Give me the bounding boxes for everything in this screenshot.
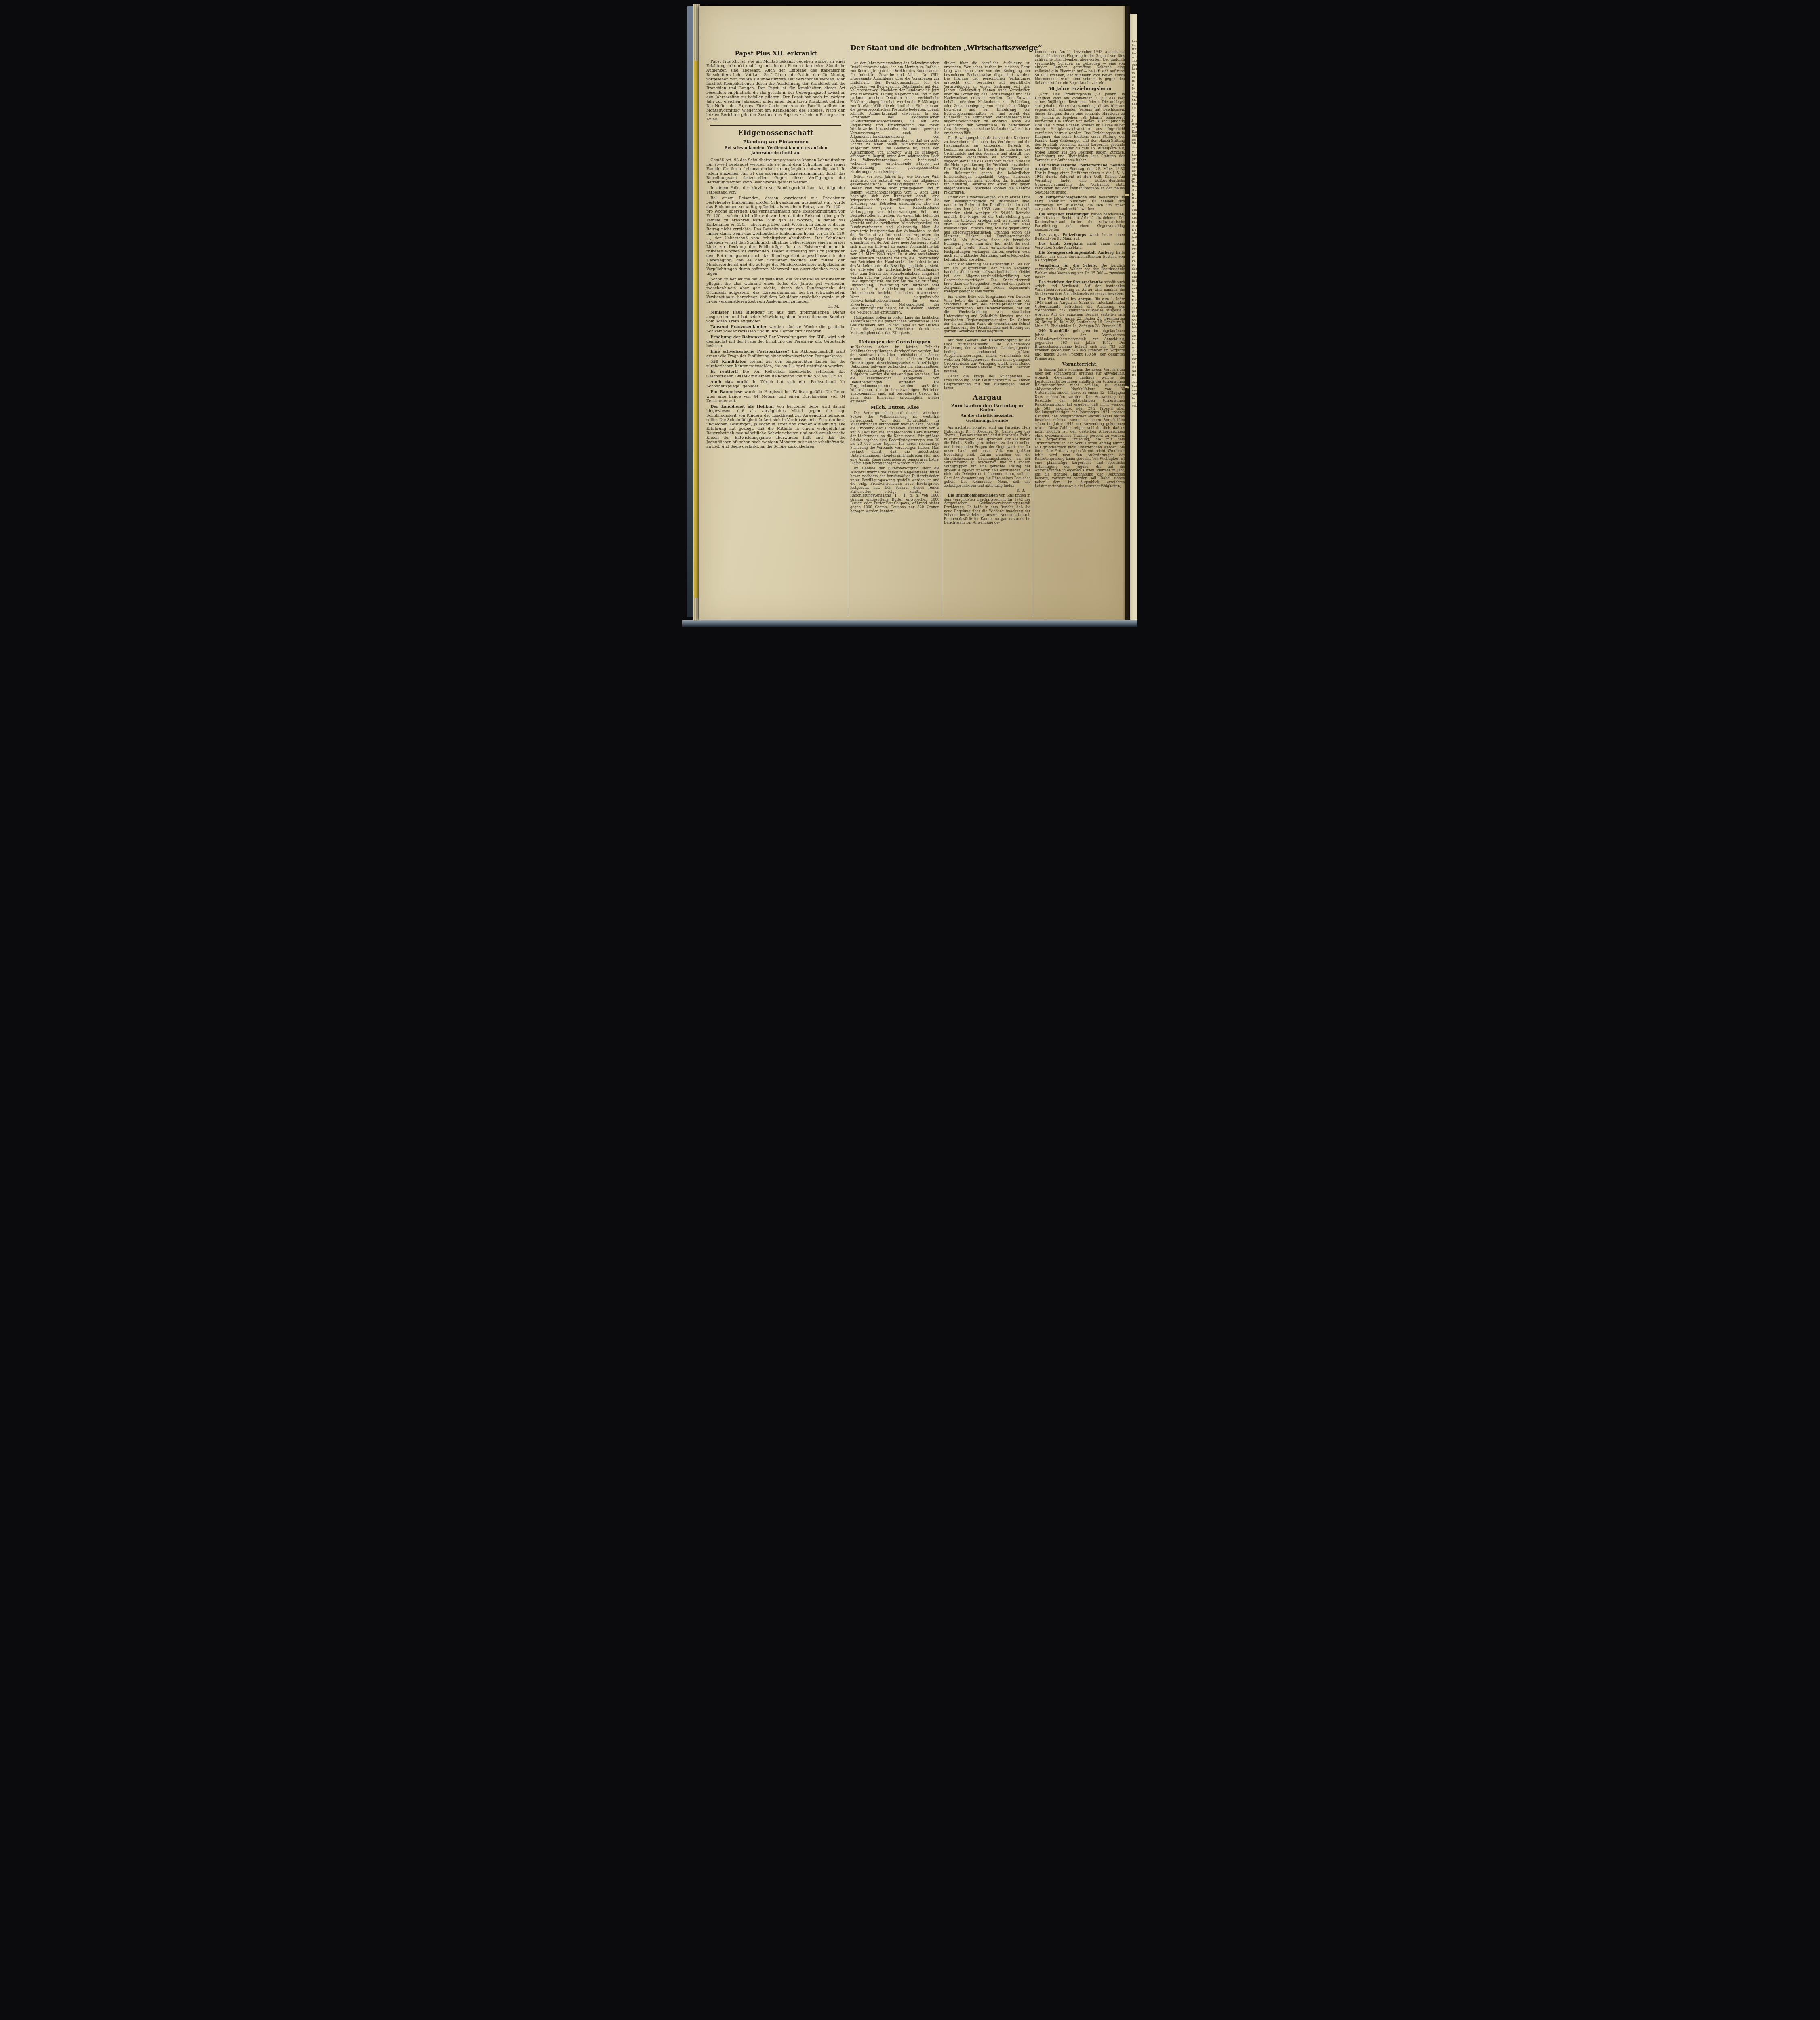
news-item-lead: Der Landdienst als Heilkur. [710, 404, 774, 409]
newspaper-page: Der Staat und die bedrohten „Wirtschafts… [699, 6, 1125, 620]
news-item: Auch das noch! In Zürich hat sich ein „F… [706, 380, 845, 389]
column-rule-3 [1033, 49, 1033, 616]
news-item-lead: Das aarg. Polizeikorps [1038, 233, 1086, 237]
column-1: Papst Pius XII. erkrankt Papst Pius XII.… [706, 50, 845, 616]
news-item: Der Schweizerische Fourierverband, Sekti… [1035, 164, 1125, 195]
news-item-lead: Das Anziehen der Steuerschraube [1038, 280, 1103, 284]
section-divider-rule [710, 125, 841, 126]
news-item: Das Anziehen der Steuerschraube schafft … [1035, 280, 1125, 296]
lead-article-para: diplom über die berufliche Ausbildung zu… [944, 61, 1030, 135]
news-item: Das kant. Zeughaus sucht einen neuen Ver… [1035, 242, 1125, 250]
book-cover-edge [687, 6, 693, 617]
yellowed-page-edge [694, 61, 699, 598]
pfaendung-head: Pfändung von Einkommen [706, 140, 845, 144]
column-rule-1 [848, 50, 848, 616]
news-item: Minister Paul Ruegger ist aus dem diplom… [706, 310, 845, 324]
news-item-lead: Die Aargauer Freisinnigen [1038, 212, 1089, 216]
news-item: 550 Kandidaten stehen auf den eingereich… [706, 360, 845, 368]
news-item-lead: Minister Paul Ruegger [710, 310, 764, 315]
lead-article-para: Nach der Meinung des Referenten soll es … [944, 263, 1030, 294]
news-item-text: gelangten im abgelaufenen Jahre bei der … [1035, 329, 1125, 360]
lead-article-para: Ein erstes Echo des Programms von Direkt… [944, 295, 1030, 334]
news-item-lead: Vergabung für die Schule. [1038, 263, 1097, 267]
news-item: Die Brandbombenschäden von Sins finden i… [944, 494, 1030, 525]
vorunterricht-body: In diesem Jahre kommen die neuen Vorschr… [1035, 368, 1125, 488]
news-item-text: führt am Sonntag, den 28. März, 13.30 Uh… [1035, 167, 1125, 194]
brandbomben-continuation: kommen sei. Am 11. Dezember 1942, abends… [1035, 50, 1125, 85]
grenztruppen-body: ☛Nachdem schon im letzten Frühjahr Mobil… [850, 345, 939, 404]
lead-article-para: Maßgebend sollen in erster Linie die fac… [850, 316, 939, 335]
news-item: Erhöhung der Bahntaxen? Der Verwaltungsr… [706, 335, 845, 348]
papst-article-body: Papst Pius XII. ist, wie am Montag bekan… [706, 59, 845, 122]
grenztruppen-title: Uebungen der Grenztruppen [850, 340, 939, 344]
news-item: Der Landdienst als Heilkur. Von berufene… [706, 404, 845, 449]
scanner-background-band [682, 620, 1137, 627]
page-gutter-shadow [1123, 6, 1130, 620]
pfaendung-para: In einem Falle, der kürzlich vor Bundesg… [706, 186, 845, 195]
news-item-lead: Die Zwangserziehungsanstalt Aarburg [1038, 250, 1114, 255]
news-item-lead: Eine schweizerische Postsparkasse? [710, 349, 789, 354]
news-item: Die Aargauer Freisinnigen haben beschlos… [1035, 213, 1125, 232]
next-page-sliver: her lig ftung förv wöl obli gut heim in … [1130, 14, 1137, 620]
parteitag-body: Am nächsten Sonntag wird am Parteitag He… [944, 426, 1030, 488]
news-item: 28 Bürgerrechtsgesuche sind neuerdings i… [1035, 196, 1125, 211]
column-4: kommen sei. Am 11. Dezember 1942, abends… [1035, 50, 1125, 616]
author-signature: Dr. M. [706, 305, 845, 309]
news-item: Ein Baumriese wurde in Hergiswil bei Wil… [706, 390, 845, 403]
news-item-lead: 28 Bürgerrechtsgesuche [1038, 195, 1087, 199]
news-item-lead: Tausend Franzosenkinder [710, 325, 767, 329]
scanned-newspaper-spread: Der Staat und die bedrohten „Wirtschafts… [682, 0, 1137, 627]
section-title-aargau: Aargau [944, 394, 1030, 402]
bottom-section-rule [850, 338, 939, 338]
news-item-lead: Auch das noch! [710, 380, 748, 384]
lead-article-para: Schon vor zwei Jahren lag, wie Direktor … [850, 175, 939, 314]
page-edge-fragments: her lig ftung förv wöl obli gut heim in … [1130, 14, 1137, 408]
section-title-eidgenossenschaft: Eidgenossenschaft [706, 129, 845, 137]
news-item-lead: Erhöhung der Bahntaxen? [710, 335, 767, 339]
news-item: Vergabung für die Schule. Die kürzlich v… [1035, 264, 1125, 279]
papst-article-title: Papst Pius XII. erkrankt [706, 50, 845, 57]
news-item: Es rentiert! Die Von Roll'schen Eisenwer… [706, 370, 845, 379]
milch-para: Die Versorgungslage auf diesem wichtigen… [850, 411, 939, 465]
news-item: Tausend Franzosenkinder werden nächste W… [706, 325, 845, 334]
bottom-section-rule [944, 336, 1030, 337]
milch-para: Auf dem Gebiete der Käseversorgung ist d… [944, 339, 1030, 373]
news-item: Eine schweizerische Postsparkasse? Ein A… [706, 349, 845, 358]
news-item-lead: Die Brandbombenschäden [948, 493, 998, 497]
news-item-lead: 550 Kandidaten [710, 360, 746, 364]
news-item-lead: Das kant. Zeughaus [1038, 242, 1083, 246]
pfaendung-para: Bei einem Reisenden, dessen vorwiegend a… [706, 196, 845, 276]
parteitag-subhead: An die christlichsozialen Gesinnungsfreu… [944, 413, 1030, 423]
parteitag-head: Zum kantonalen Parteitag in Baden [944, 404, 1030, 412]
news-item-text: Von berufener Seite wird darauf hingewie… [706, 404, 845, 449]
vorunterricht-title: Vorunterricht. [1035, 362, 1125, 366]
column-rule-2 [942, 60, 942, 616]
lead-article-para: Unter den Erwerbszweigen, die in erster … [944, 196, 1030, 261]
news-item: Der Viehhandel im Aargau. Bis zum 1. Mär… [1035, 297, 1125, 328]
milch-para: Im Gebiete der Butterversorgung steht di… [850, 467, 939, 513]
lead-article-para: Die Bewilligungsbehörde ist von den Kant… [944, 136, 1030, 194]
column-3: diplom über die berufliche Ausbildung zu… [944, 50, 1030, 616]
news-item-text: von Sins finden in dem verschickten Gesc… [944, 493, 1030, 524]
pfaendung-subhead: Bei schwankendem Verdienst kommt es auf … [706, 146, 845, 156]
pfaendung-para: Gemäß Art. 93 des Schuldbetreibungsgeset… [706, 158, 845, 185]
news-item-lead: Es rentiert! [710, 370, 738, 374]
news-item: Die Zwangserziehungsanstalt Aarburg hatt… [1035, 251, 1125, 263]
milch-butter-kaese-title: Milch, Butter, Käse [850, 406, 939, 410]
news-item-text: Bis zum 1. März 1943 sind im Aargau im S… [1035, 297, 1125, 328]
milch-para: Ueber die Frage des Milchpreises — Preis… [944, 375, 1030, 390]
author-signature: K. B. [944, 489, 1030, 493]
news-item-lead: Ein Baumriese [710, 390, 742, 394]
lead-article-para: An der Jahresversammlung des Schweizeris… [850, 61, 939, 174]
pfaendung-para: Schon früher wurde bei Angestellten, die… [706, 277, 845, 304]
erziehungsheim-body: (Korr.) Das Erziehungsheim „St. Johann“ … [1035, 93, 1125, 162]
news-item-lead: 240 Brandfälle [1038, 329, 1069, 333]
column-2: An der Jahresversammlung des Schweizeris… [850, 50, 939, 616]
news-item: Das aarg. Polizeikorps weist heute einen… [1035, 233, 1125, 241]
erziehungsheim-title: 50 Jahre Erziehungsheim [1035, 87, 1125, 91]
news-item: 240 Brandfälle gelangten im abgelaufenen… [1035, 329, 1125, 360]
grenztruppen-text: Nachdem schon im letzten Frühjahr Mobilm… [850, 345, 939, 403]
news-item-lead: Der Viehhandel im Aargau. [1038, 297, 1093, 301]
